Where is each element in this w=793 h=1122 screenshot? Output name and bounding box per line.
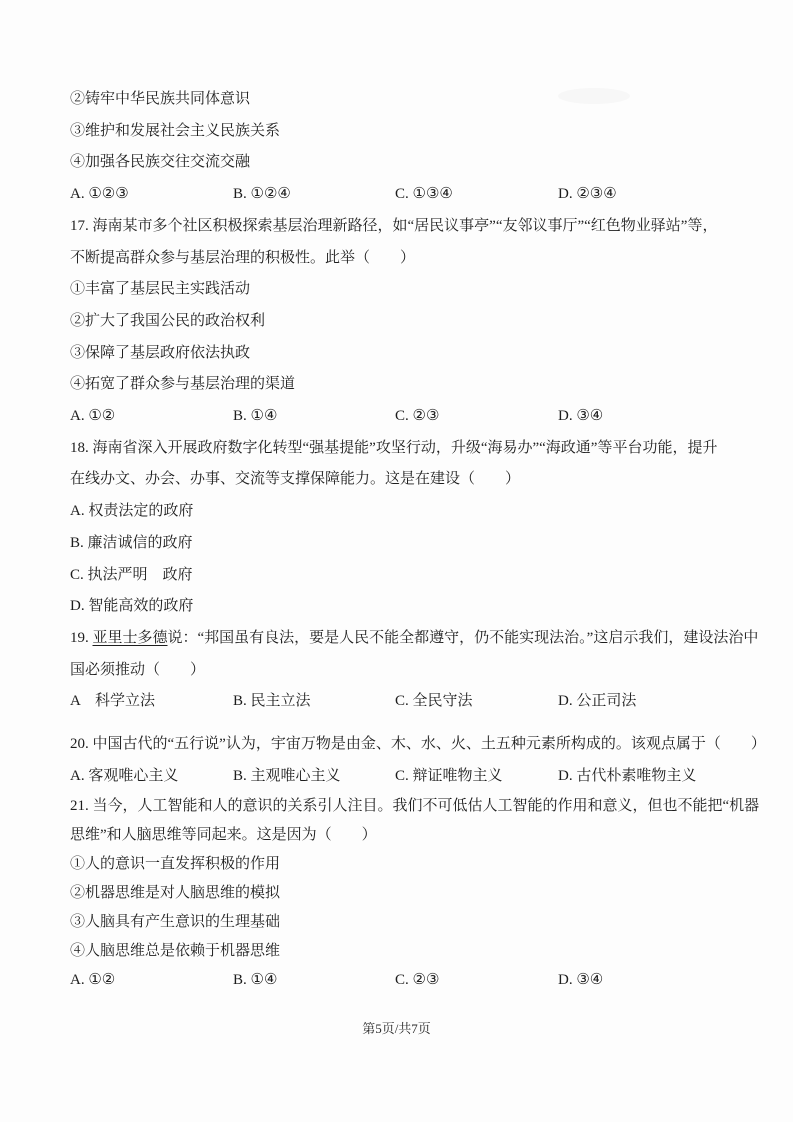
q18-option-c: C. 执法严明 政府 bbox=[70, 560, 733, 592]
q17-stem-line-2: 不断提高群众参与基层治理的积极性。此举（ ） bbox=[70, 243, 733, 275]
page-content: ②铸牢中华民族共同体意识 ③维护和发展社会主义民族关系 ④加强各民族交往交流交融… bbox=[70, 84, 733, 995]
q17-choice-c: C. ②③ bbox=[395, 401, 558, 433]
q21-stem-line-2: 思维”和人脑思维等同起来。这是因为（ ） bbox=[70, 821, 733, 850]
q21-item-1: ①人的意识一直发挥积极的作用 bbox=[70, 850, 733, 879]
q19-stem-line-1: 19. 亚里士多德说：“邦国虽有良法，要是人民不能全都遵守，仍不能实现法治。”这… bbox=[70, 623, 733, 655]
question-18: 18. 海南省深入开展政府数字化转型“强基提能”攻坚行动，升级“海易办”“海政通… bbox=[70, 433, 733, 623]
q19-stem-line-2: 国必须推动（ ） bbox=[70, 655, 733, 687]
q16-choice-a: A. ①②③ bbox=[70, 179, 233, 211]
q19-choice-d: D. 公正司法 bbox=[558, 686, 733, 718]
question-16-tail: ②铸牢中华民族共同体意识 ③维护和发展社会主义民族关系 ④加强各民族交往交流交融… bbox=[70, 84, 733, 211]
q16-choice-b: B. ①②④ bbox=[233, 179, 395, 211]
q20-choice-a: A. 客观唯心主义 bbox=[70, 761, 233, 793]
q20-choice-b: B. 主观唯心主义 bbox=[233, 761, 395, 793]
q17-item-1: ①丰富了基层民主实践活动 bbox=[70, 274, 733, 306]
q21-stem-line-1: 21. 当今，人工智能和人的意识的关系引人注目。我们不可低估人工智能的作用和意义… bbox=[70, 792, 733, 821]
q17-choice-row: A. ①② B. ①④ C. ②③ D. ③④ bbox=[70, 401, 733, 433]
q21-item-3: ③人脑具有产生意识的生理基础 bbox=[70, 908, 733, 937]
q21-choice-b: B. ①④ bbox=[233, 966, 395, 995]
q18-stem-line-1: 18. 海南省深入开展政府数字化转型“强基提能”攻坚行动，升级“海易办”“海政通… bbox=[70, 433, 733, 465]
q17-choice-a: A. ①② bbox=[70, 401, 233, 433]
q16-choice-row: A. ①②③ B. ①②④ C. ①③④ D. ②③④ bbox=[70, 179, 733, 211]
q16-item-3: ③维护和发展社会主义民族关系 bbox=[70, 116, 733, 148]
page-footer: 第5页/共7页 bbox=[0, 1018, 793, 1037]
question-17: 17. 海南某市多个社区积极探索基层治理新路径，如“居民议事亭”“友邻议事厅”“… bbox=[70, 211, 733, 433]
question-19: 19. 亚里士多德说：“邦国虽有良法，要是人民不能全都遵守，仍不能实现法治。”这… bbox=[70, 623, 733, 718]
q17-item-4: ④拓宽了群众参与基层治理的渠道 bbox=[70, 369, 733, 401]
q19-stem-rest: 说：“邦国虽有良法，要是人民不能全都遵守，仍不能实现法治。”这启示我们，建设法治… bbox=[168, 630, 759, 646]
q21-choice-c: C. ②③ bbox=[395, 966, 558, 995]
q21-item-4: ④人脑思维总是依赖于机器思维 bbox=[70, 937, 733, 966]
q20-choice-row: A. 客观唯心主义 B. 主观唯心主义 C. 辩证唯物主义 D. 古代朴素唯物主… bbox=[70, 761, 733, 793]
q18-option-a: A. 权责法定的政府 bbox=[70, 496, 733, 528]
q16-choice-c: C. ①③④ bbox=[395, 179, 558, 211]
q17-item-2: ②扩大了我国公民的政治权利 bbox=[70, 306, 733, 338]
q17-stem-line-1: 17. 海南某市多个社区积极探索基层治理新路径，如“居民议事亭”“友邻议事厅”“… bbox=[70, 211, 733, 243]
q19-choice-row: A 科学立法 B. 民主立法 C. 全民守法 D. 公正司法 bbox=[70, 686, 733, 718]
q16-choice-d: D. ②③④ bbox=[558, 179, 733, 211]
q19-choice-a: A 科学立法 bbox=[70, 686, 233, 718]
q19-number: 19. bbox=[70, 630, 93, 646]
q21-item-2: ②机器思维是对人脑思维的模拟 bbox=[70, 879, 733, 908]
q16-item-2: ②铸牢中华民族共同体意识 bbox=[70, 84, 733, 116]
q20-stem: 20. 中国古代的“五行说”认为，宇宙万物是由金、木、水、火、土五种元素所构成的… bbox=[70, 729, 733, 761]
q17-choice-d: D. ③④ bbox=[558, 401, 733, 433]
q19-choice-c: C. 全民守法 bbox=[395, 686, 558, 718]
q21-choice-d: D. ③④ bbox=[558, 966, 733, 995]
q19-proper-noun: 亚里士多德 bbox=[93, 630, 168, 646]
q17-choice-b: B. ①④ bbox=[233, 401, 395, 433]
q21-choice-row: A. ①② B. ①④ C. ②③ D. ③④ bbox=[70, 966, 733, 995]
q21-choice-a: A. ①② bbox=[70, 966, 233, 995]
q18-stem-line-2: 在线办文、办会、办事、交流等支撑保障能力。这是在建设（ ） bbox=[70, 464, 733, 496]
q20-choice-d: D. 古代朴素唯物主义 bbox=[558, 761, 733, 793]
page-number: 第5页/共7页 bbox=[362, 1021, 431, 1036]
q18-option-d: D. 智能高效的政府 bbox=[70, 591, 733, 623]
question-20: 20. 中国古代的“五行说”认为，宇宙万物是由金、木、水、火、土五种元素所构成的… bbox=[70, 729, 733, 792]
q20-choice-c: C. 辩证唯物主义 bbox=[395, 761, 558, 793]
q19-choice-b: B. 民主立法 bbox=[233, 686, 395, 718]
q18-option-b: B. 廉洁诚信的政府 bbox=[70, 528, 733, 560]
exam-page: ②铸牢中华民族共同体意识 ③维护和发展社会主义民族关系 ④加强各民族交往交流交融… bbox=[0, 0, 793, 1122]
question-21: 21. 当今，人工智能和人的意识的关系引人注目。我们不可低估人工智能的作用和意义… bbox=[70, 792, 733, 995]
q17-item-3: ③保障了基层政府依法执政 bbox=[70, 338, 733, 370]
q16-item-4: ④加强各民族交往交流交融 bbox=[70, 147, 733, 179]
